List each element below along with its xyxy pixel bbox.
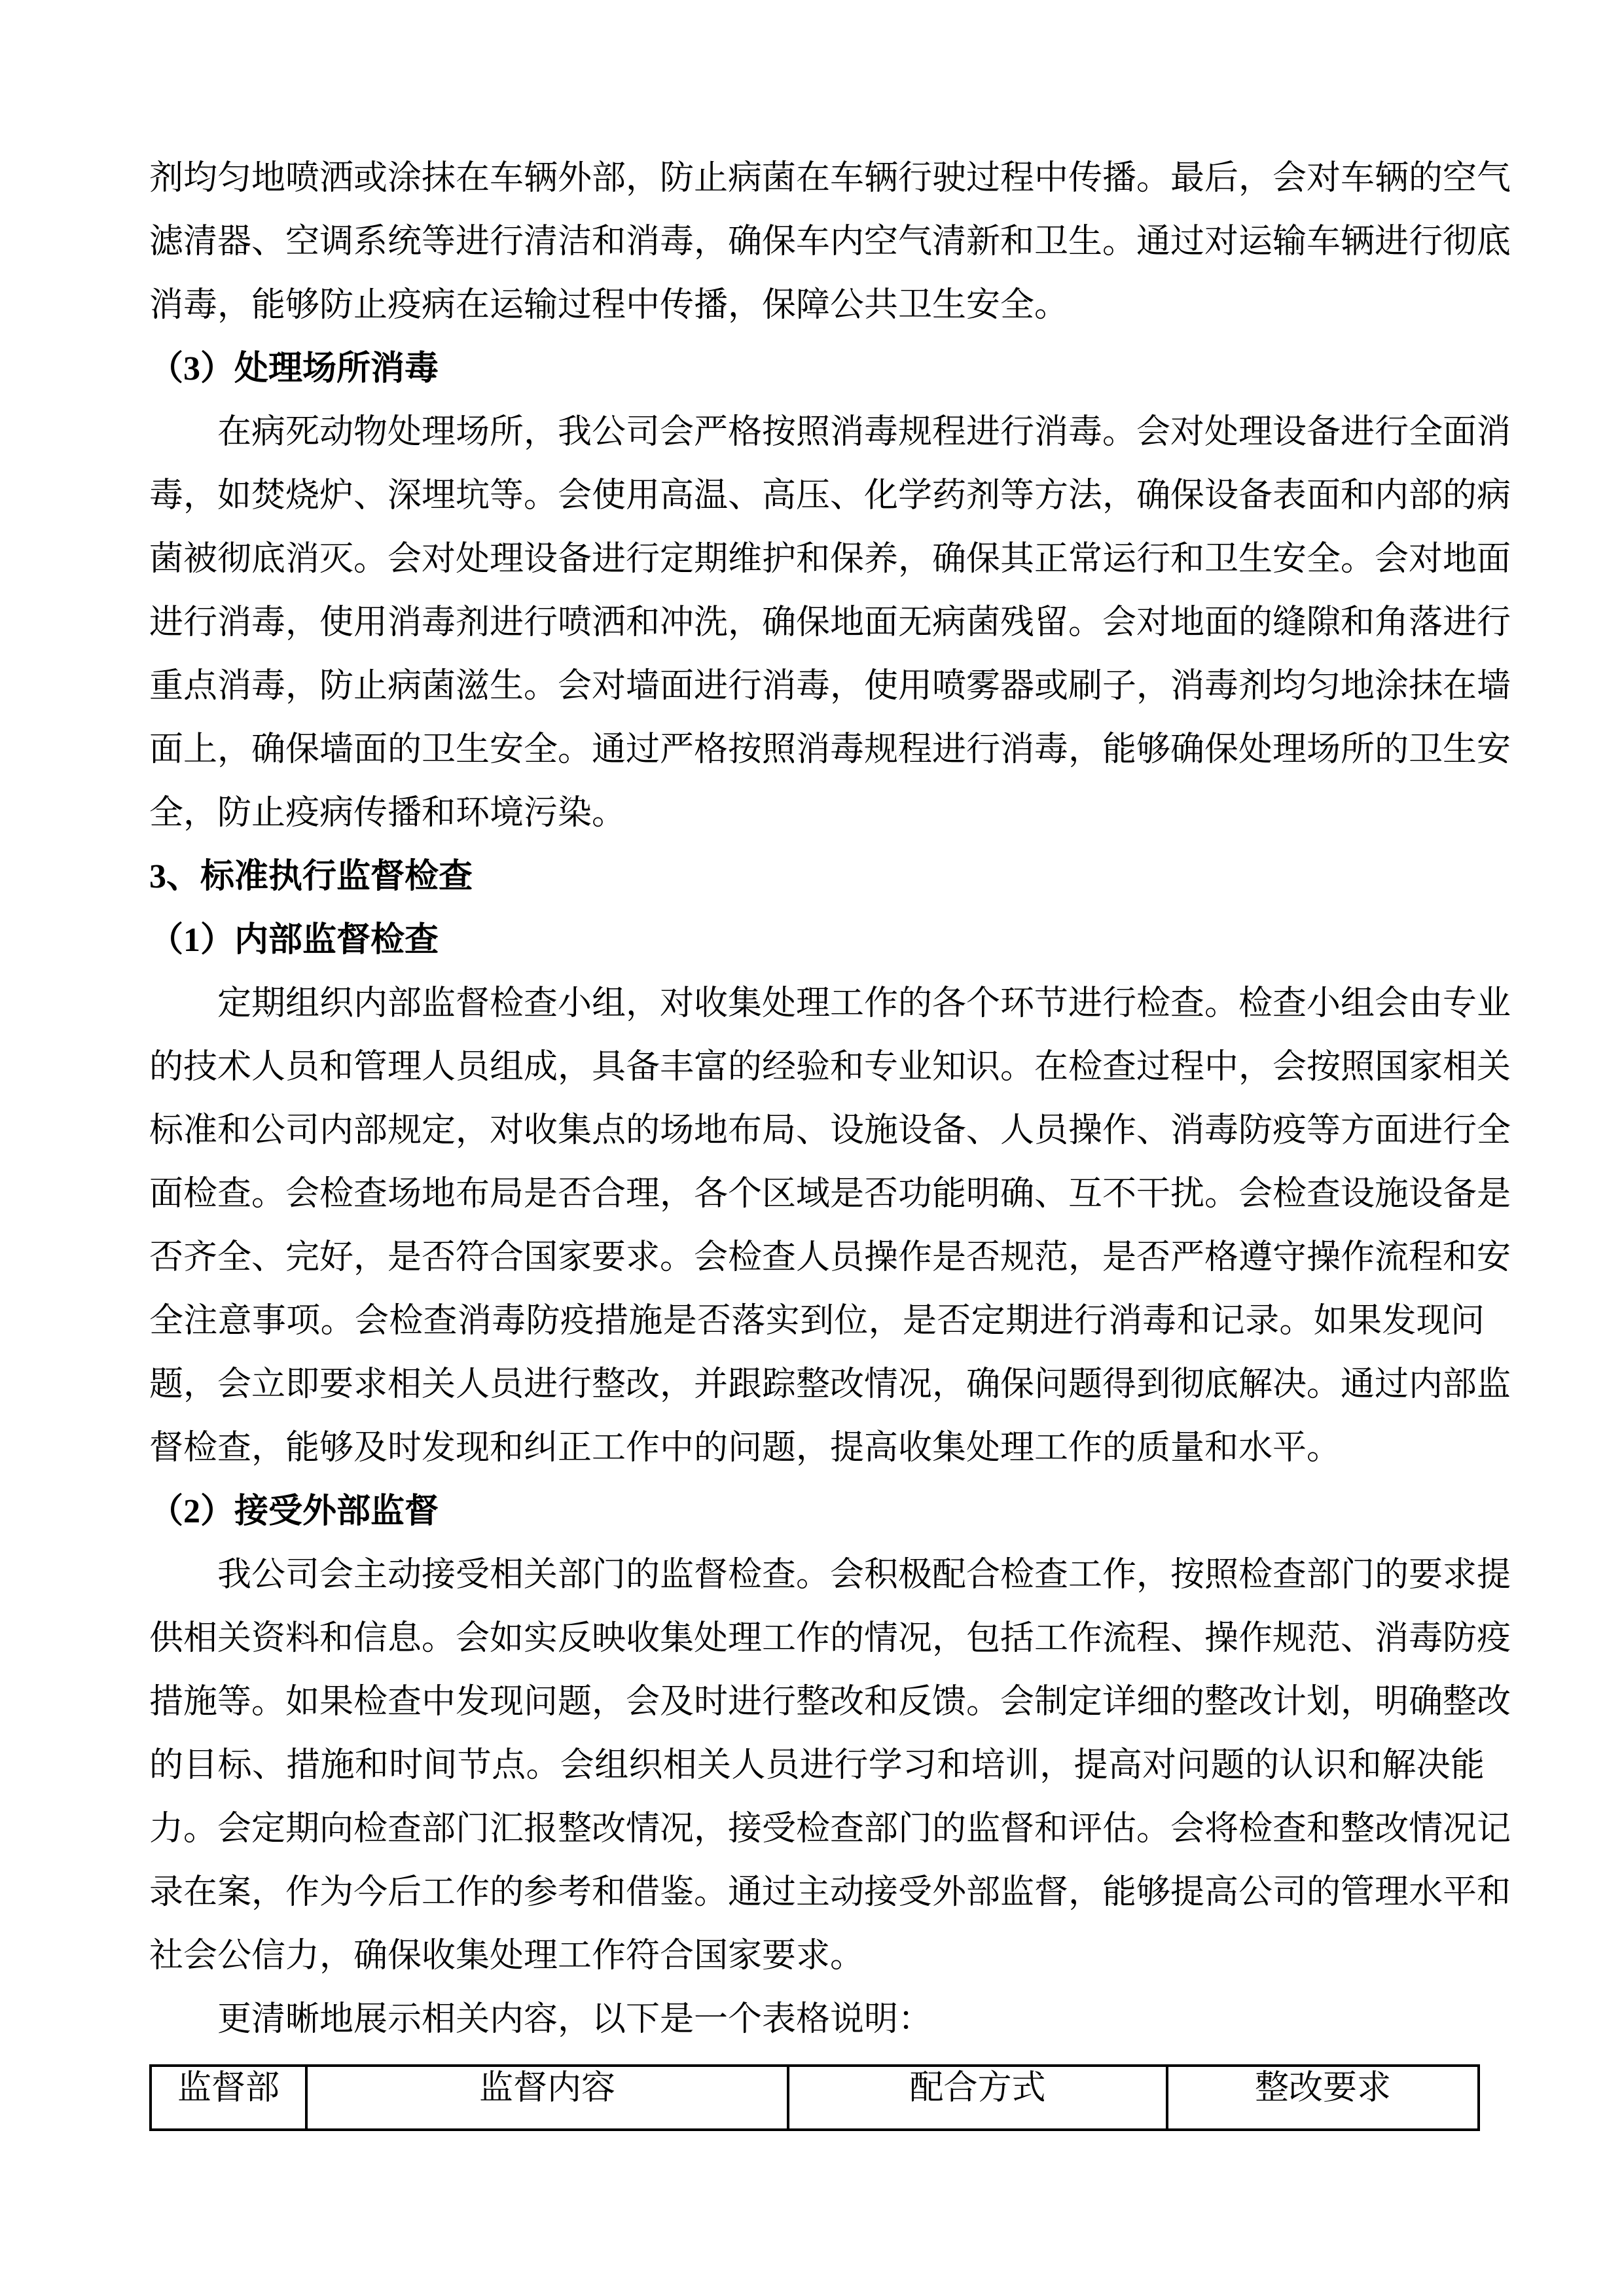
paragraph-line: 剂均匀地喷洒或涂抹在车辆外部，防止病菌在车辆行驶过程中传播。最后，会对车辆的空气 bbox=[149, 147, 1485, 210]
paragraph-line: 毒，如焚烧炉、深埋坑等。会使用高温、高压、化学药剂等方法，确保设备表面和内部的病 bbox=[149, 464, 1485, 528]
paragraph-line: 供相关资料和信息。会如实反映收集处理工作的情况，包括工作流程、操作规范、消毒防疫 bbox=[149, 1607, 1485, 1670]
paragraph-line: 重点消毒，防止病菌滋生。会对墙面进行消毒，使用喷雾器或刷子，消毒剂均匀地涂抹在墙 bbox=[149, 655, 1485, 718]
paragraph-line: 消毒，能够防止疫病在运输过程中传播，保障公共卫生安全。 bbox=[149, 274, 1485, 337]
heading-internal-supervision-inspection: （1）内部监督检查 bbox=[149, 908, 1485, 972]
heading-accept-external-supervision: （2）接受外部监督 bbox=[149, 1480, 1485, 1543]
table-header-row: 监督部 监督内容 配合方式 整改要求 bbox=[151, 2066, 1479, 2130]
paragraph-line: 全注意事项。会检查消毒防疫措施是否落实到位，是否定期进行消毒和记录。如果发现问 bbox=[149, 1289, 1485, 1353]
paragraph-line: 标准和公司内部规定，对收集点的场地布局、设施设备、人员操作、消毒防疫等方面进行全 bbox=[149, 1099, 1485, 1162]
paragraph-line: 定期组织内部监督检查小组，对收集处理工作的各个环节进行检查。检查小组会由专业 bbox=[149, 972, 1485, 1035]
paragraph-line: 社会公信力，确保收集处理工作符合国家要求。 bbox=[149, 1924, 1485, 1988]
paragraph-line: 力。会定期向检查部门汇报整改情况，接受检查部门的监督和评估。会将检查和整改情况记 bbox=[149, 1797, 1485, 1861]
paragraph-line: 否齐全、完好，是否符合国家要求。会检查人员操作是否规范，是否严格遵守操作流程和安 bbox=[149, 1226, 1485, 1289]
table-header-cell-cooperation: 配合方式 bbox=[788, 2066, 1167, 2130]
paragraph-line: 措施等。如果检查中发现问题，会及时进行整改和反馈。会制定详细的整改计划，明确整改 bbox=[149, 1670, 1485, 1734]
table-header-cell-department: 监督部 bbox=[151, 2066, 306, 2130]
paragraph-line: 面上，确保墙面的卫生安全。通过严格按照消毒规程进行消毒，能够确保处理场所的卫生安 bbox=[149, 718, 1485, 781]
paragraph-line: 的目标、措施和时间节点。会组织相关人员进行学习和培训，提高对问题的认识和解决能 bbox=[149, 1734, 1485, 1797]
heading-standard-execution-supervision: 3、标准执行监督检查 bbox=[149, 845, 1485, 908]
paragraph-line: 面检查。会检查场地布局是否合理，各个区域是否功能明确、互不干扰。会检查设施设备是 bbox=[149, 1162, 1485, 1226]
supervision-table: 监督部 监督内容 配合方式 整改要求 bbox=[149, 2064, 1480, 2131]
paragraph-processing-site-disinfection: 在病死动物处理场所，我公司会严格按照消毒规程进行消毒。会对处理设备进行全面消 毒… bbox=[149, 401, 1485, 845]
heading-processing-site-disinfection: （3）处理场所消毒 bbox=[149, 337, 1485, 401]
paragraph-line: 我公司会主动接受相关部门的监督检查。会积极配合检查工作，按照检查部门的要求提 bbox=[149, 1543, 1485, 1607]
table-header-cell-rectification: 整改要求 bbox=[1167, 2066, 1479, 2130]
paragraph-line: 题，会立即要求相关人员进行整改，并跟踪整改情况，确保问题得到彻底解决。通过内部监 bbox=[149, 1353, 1485, 1416]
paragraph-external-supervision: 我公司会主动接受相关部门的监督检查。会积极配合检查工作，按照检查部门的要求提 供… bbox=[149, 1543, 1485, 1988]
paragraph-line: 督检查，能够及时发现和纠正工作中的问题，提高收集处理工作的质量和水平。 bbox=[149, 1416, 1485, 1480]
paragraph-line: 菌被彻底消灭。会对处理设备进行定期维护和保养，确保其正常运行和卫生安全。会对地面 bbox=[149, 528, 1485, 591]
table-header-cell-content: 监督内容 bbox=[306, 2066, 788, 2130]
paragraph-line: 录在案，作为今后工作的参考和借鉴。通过主动接受外部监督，能够提高公司的管理水平和 bbox=[149, 1861, 1485, 1924]
paragraph-transport-disinfection: 剂均匀地喷洒或涂抹在车辆外部，防止病菌在车辆行驶过程中传播。最后，会对车辆的空气… bbox=[149, 147, 1485, 337]
paragraph-internal-supervision: 定期组织内部监督检查小组，对收集处理工作的各个环节进行检查。检查小组会由专业 的… bbox=[149, 972, 1485, 1480]
paragraph-line: 在病死动物处理场所，我公司会严格按照消毒规程进行消毒。会对处理设备进行全面消 bbox=[149, 401, 1485, 464]
paragraph-line: 滤清器、空调系统等进行清洁和消毒，确保车内空气清新和卫生。通过对运输车辆进行彻底 bbox=[149, 210, 1485, 274]
paragraph-line: 全，防止疫病传播和环境污染。 bbox=[149, 781, 1485, 845]
table-intro-line: 更清晰地展示相关内容，以下是一个表格说明： bbox=[149, 1988, 1485, 2051]
document-page: 剂均匀地喷洒或涂抹在车辆外部，防止病菌在车辆行驶过程中传播。最后，会对车辆的空气… bbox=[0, 0, 1624, 2296]
paragraph-line: 的技术人员和管理人员组成，具备丰富的经验和专业知识。在检查过程中，会按照国家相关 bbox=[149, 1035, 1485, 1099]
paragraph-line: 进行消毒，使用消毒剂进行喷洒和冲洗，确保地面无病菌残留。会对地面的缝隙和角落进行 bbox=[149, 591, 1485, 655]
document-body: 剂均匀地喷洒或涂抹在车辆外部，防止病菌在车辆行驶过程中传播。最后，会对车辆的空气… bbox=[149, 147, 1485, 2051]
